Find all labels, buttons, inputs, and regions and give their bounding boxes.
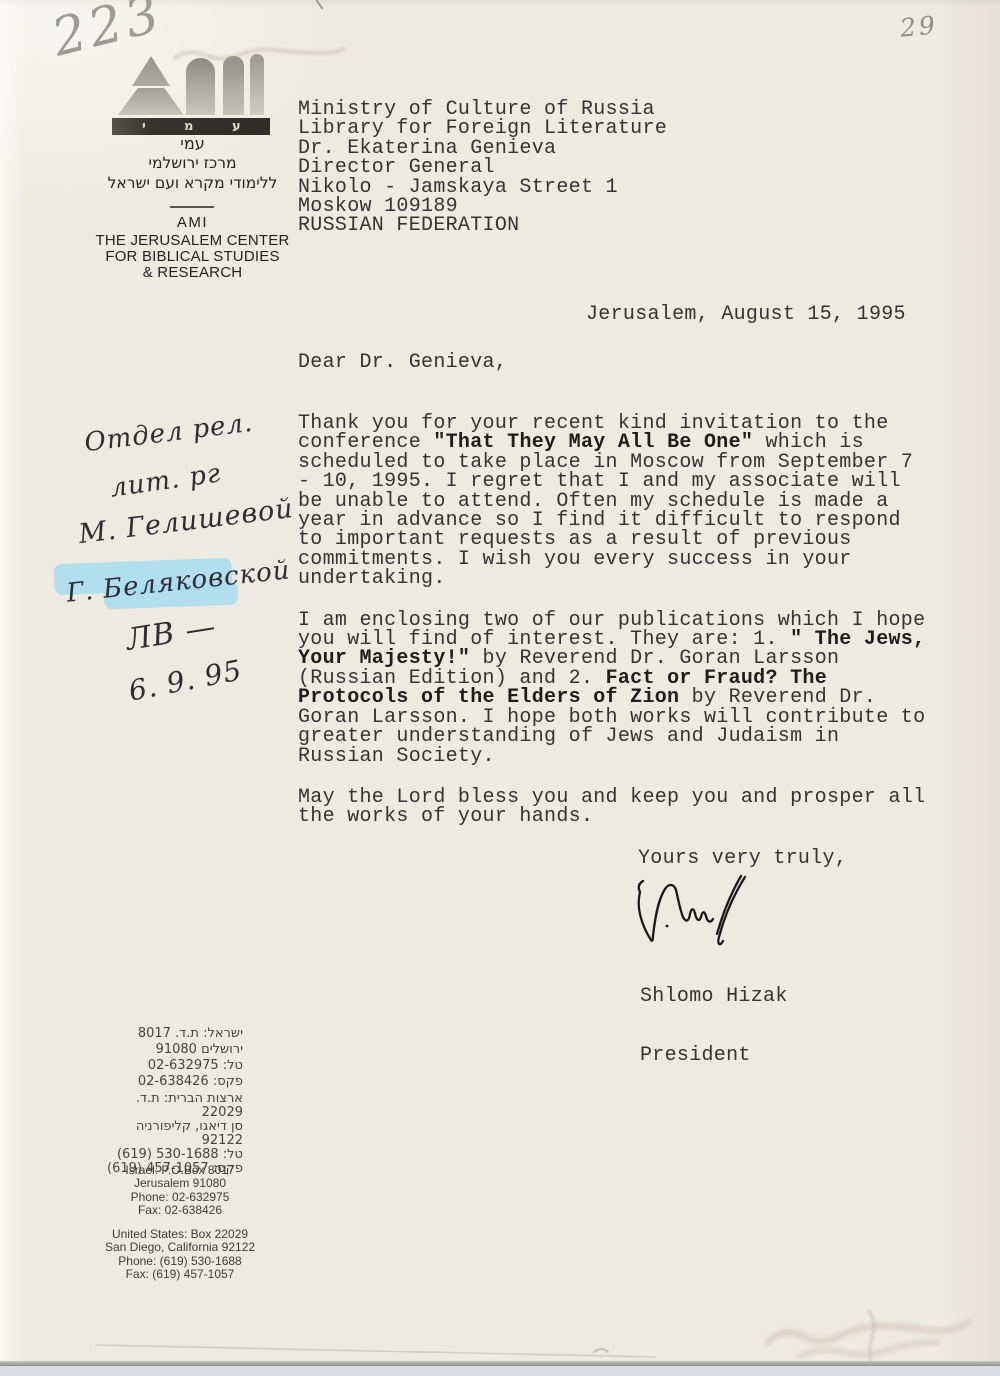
logo-pillar-1 bbox=[186, 58, 215, 115]
footer-hebrew-israel: ישראל: ת.ד. 8017ירושלים 91080טל: 02-6329… bbox=[95, 1026, 243, 1090]
signature-block: Shlomo Hizak President bbox=[640, 948, 788, 1105]
letterhead-divider bbox=[170, 206, 214, 208]
salutation: Dear Dr. Genieva, bbox=[298, 353, 507, 372]
footer-english-line: Phone: 02-632975 bbox=[78, 1191, 282, 1204]
footer-english-line: Fax: 02-638426 bbox=[78, 1204, 282, 1217]
logo-pillar-2 bbox=[223, 56, 244, 115]
letterhead-org-line2: FOR BIBLICAL STUDIES bbox=[90, 248, 295, 265]
handwritten-note: 6. 9. 95 bbox=[126, 653, 245, 707]
handwritten-note: лит. рг bbox=[108, 458, 222, 503]
logo-pyramid-top bbox=[132, 56, 170, 86]
valediction: Yours very truly, bbox=[638, 849, 847, 868]
paragraph: May the Lord bless you and keep you and … bbox=[298, 788, 925, 827]
logo-letter-mem: מ bbox=[184, 118, 193, 135]
logo-letter-ayin: ע bbox=[232, 118, 241, 135]
recipient-line: Library for Foreign Literature bbox=[298, 119, 667, 138]
text-run: Russian Society. bbox=[298, 745, 495, 768]
letterhead-hebrew-line2: ללימודי מקרא ועם ישראל bbox=[90, 174, 295, 192]
recipient-address-block: Ministry of Culture of RussiaLibrary for… bbox=[298, 100, 667, 236]
dateline: Jerusalem, August 15, 1995 bbox=[586, 305, 906, 324]
footer-english-us: United States: Box 22029San Diego, Calif… bbox=[78, 1228, 282, 1282]
footer-english-line: Phone: (619) 530-1688 bbox=[78, 1255, 282, 1268]
letterhead-org-line1: THE JERUSALEM CENTER bbox=[90, 232, 295, 249]
body-line: the works of your hands. bbox=[298, 807, 925, 826]
footer-hebrew-line: טל: 530-1688 (619) bbox=[95, 1148, 243, 1162]
footer-hebrew-line: ארצות הברית: ת.ד. 22029 bbox=[95, 1092, 243, 1120]
signer-name: Shlomo Hizak bbox=[640, 987, 788, 1007]
logo-pillar-3 bbox=[250, 54, 264, 115]
scanned-letter-page: 223 29 י מ ע עמי מרכז ירושלמי ללימודי מק… bbox=[0, 0, 1000, 1376]
footer-english-line: Jerusalem 91080 bbox=[78, 1177, 282, 1190]
logo-hebrew-bar: י מ ע bbox=[112, 118, 270, 135]
letterhead-hebrew-line1: מרכז ירושלמי bbox=[90, 154, 295, 172]
paragraph: I am enclosing two of our publications w… bbox=[298, 611, 925, 766]
footer-english-line: Fax: (619) 457-1057 bbox=[78, 1268, 282, 1281]
footer-hebrew-line: טל: 02-632975 bbox=[95, 1058, 243, 1074]
logo-pyramid-base bbox=[118, 88, 184, 115]
body-line: Russian Society. bbox=[298, 747, 925, 766]
signer-title: President bbox=[640, 1046, 788, 1066]
text-run: the works of your hands. bbox=[298, 805, 593, 828]
archive-number-top-right: 29 bbox=[899, 10, 939, 42]
handwritten-note: ЛВ — bbox=[124, 609, 219, 658]
letterhead-acronym: AMI bbox=[90, 214, 295, 231]
logo-letter-yod: י bbox=[142, 118, 146, 135]
footer-hebrew-line: סן דיאגו, קליפורניה 92122 bbox=[95, 1120, 243, 1148]
footer-english-line: United States: Box 22029 bbox=[78, 1228, 282, 1241]
paragraph: Thank you for your recent kind invitatio… bbox=[298, 414, 925, 589]
text-run: undertaking. bbox=[298, 567, 446, 590]
letterhead-org-line3: & RESEARCH bbox=[90, 264, 295, 281]
footer-hebrew-line: פקס: 02-638426 bbox=[95, 1074, 243, 1090]
footer-english-line: Israel: P.O.Box 8017 bbox=[78, 1164, 282, 1177]
handwritten-note: М. Гелишевой bbox=[77, 493, 295, 550]
letterhead-hebrew-name: עמי bbox=[90, 134, 295, 153]
scanner-background bbox=[0, 1366, 1000, 1376]
body-line: undertaking. bbox=[298, 569, 925, 588]
footer-english-line: San Diego, California 92122 bbox=[78, 1241, 282, 1254]
letter-body: Thank you for your recent kind invitatio… bbox=[298, 414, 925, 849]
footer-english-israel: Israel: P.O.Box 8017Jerusalem 91080Phone… bbox=[78, 1164, 282, 1218]
recipient-line: Director General bbox=[298, 158, 667, 177]
recipient-line: RUSSIAN FEDERATION bbox=[298, 216, 667, 235]
handwritten-note: Отдел рел. bbox=[83, 408, 255, 458]
ami-logo: י מ ע bbox=[112, 52, 272, 137]
footer-hebrew-line: ישראל: ת.ד. 8017 bbox=[95, 1026, 243, 1042]
handwritten-signature bbox=[628, 874, 778, 956]
footer-hebrew-line: ירושלים 91080 bbox=[95, 1042, 243, 1058]
